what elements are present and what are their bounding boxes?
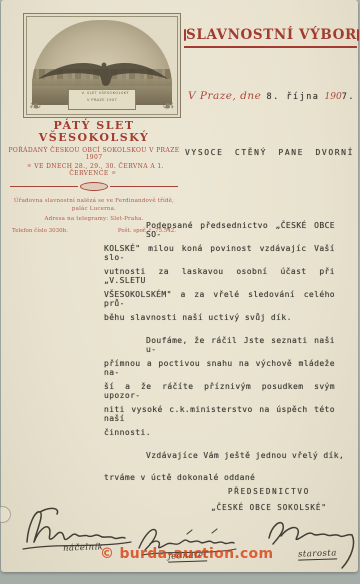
body-line: přímnou a poctivou snahu na výchově mlád… [104,359,335,382]
letter-paper: V. SLET VŠESOKOLSKÝ V PRAZE 1907 ❧ ❧ PÁT… [1,0,358,572]
dateline: V Praze, dne 8. října 1907. [188,84,358,103]
vignette-caption-line1: V. SLET VŠESOKOLSKÝ [82,91,123,95]
printed-year-prefix: 190 [325,92,342,102]
office-info-line1: Úřadovna slavnostní nalézá se ve Ferdina… [6,197,182,213]
body-line: Vzdávajíce Vám ještě jednou vřelý dík, [104,451,335,473]
committee-header: SLAVNOSTNÍ VÝBOR [184,27,357,48]
tick-ornament: ≡ [24,163,34,169]
telephone-number: Telefon číslo 3030b. [12,228,68,234]
signature-title-starosta: starosta [298,548,337,560]
committee-title: SLAVNOSTNÍ VÝBOR [186,27,357,43]
body-line: Podepsané předsednictvo „ČESKÉ OBCE SO- [104,221,335,244]
vignette-frame: V. SLET VŠESOKOLSKÝ V PRAZE 1907 ❧ ❧ [26,16,178,115]
slet-dates: ≡VE DNECH 28., 29., 30. ČERVNA A 1. ČERV… [6,163,182,177]
signatures-area [1,498,358,574]
body-line: niti vysoké c.k.ministerstvo na úspěch t… [104,405,335,428]
body-line: Doufáme, že ráčil Jste seznati naši u- [104,336,335,359]
letter-body: Podepsané předsednictvo „ČESKÉ OBCE SO- … [104,221,335,495]
vignette-caption-line2: V PRAZE 1907 [82,98,123,102]
body-line: ší a že ráčíte příznivým posudkem svým u… [104,382,335,405]
striped-ornament-right-icon [357,29,359,41]
divider-knot-ornament [80,182,108,191]
tick-ornament: ≡ [109,170,119,176]
salutation: VYSOCE CTĚNÝ PANE DVORNÍ RADO ! [185,148,360,157]
floral-ornament-right: ❧ [162,99,175,113]
signature-scheiner [269,523,354,568]
red-underline [184,46,357,48]
typed-year-digit: 7. [342,92,355,102]
printed-place: V Praze, dne [188,90,261,102]
body-line: VŠESOKOLSKÉM" a za vřelé sledování celéh… [104,290,335,313]
body-line: KOLSKÉ" milou koná povinost vzdávajíc Va… [104,244,335,267]
slet-title: PÁTÝ SLET VŠESOKOLSKÝ [6,120,182,144]
floral-ornament-left: ❧ [29,99,42,113]
auction-photo-of-letter: { "colors": { "accent_red": "#a33b31", "… [0,0,360,584]
auction-watermark: © burda-auction.com [100,546,273,562]
slet-subtitle: POŘÁDANÝ ČESKOU OBCÍ SOKOLSKOU V PRAZE 1… [6,147,182,161]
ornamental-divider [10,182,178,191]
body-line: běhu slavnosti naší uctivý svůj dík. [104,313,335,336]
falcon-icon [32,57,172,91]
closing-presidium: PŘEDSEDNICTVO [204,487,334,496]
typed-date: 8. října [266,92,319,102]
body-line: vutnosti za laskavou osobní účast při „V… [104,267,335,290]
signature-title-nacelnik: náčelník [63,542,104,553]
body-line: činnosti. [104,428,335,451]
letterhead-text-block: PÁTÝ SLET VŠESOKOLSKÝ POŘÁDANÝ ČESKOU OB… [6,120,182,234]
vignette-caption-plaque: V. SLET VŠESOKOLSKÝ V PRAZE 1907 [68,89,136,110]
letterhead-vignette: V. SLET VŠESOKOLSKÝ V PRAZE 1907 ❧ ❧ [23,13,181,118]
